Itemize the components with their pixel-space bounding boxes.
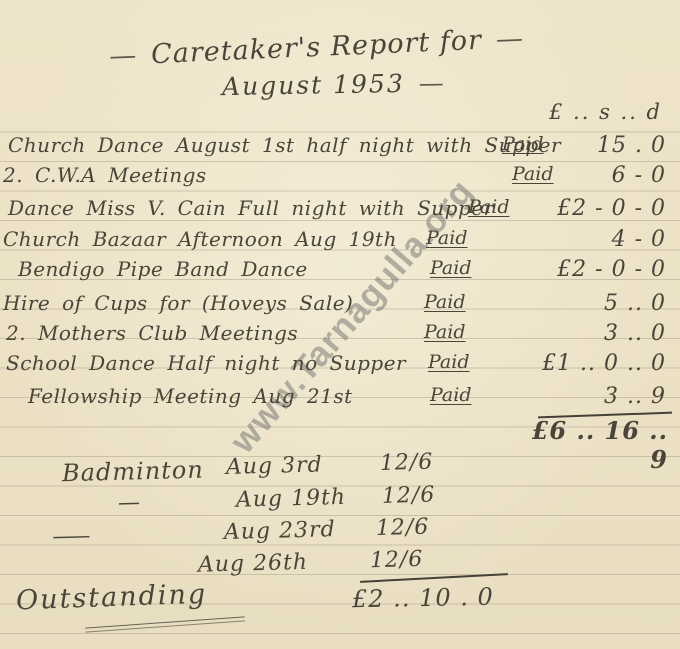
entry-description: Bendigo Pipe Band Dance (18, 257, 308, 281)
entry-description: 2. C.W.A Meetings (3, 163, 207, 187)
entry-description: School Dance Half night no Supper (6, 351, 406, 375)
title-flourish-right: — (481, 22, 538, 55)
ledger-row: 2. Mothers Club Meetings Paid 3 .. 0 (0, 321, 680, 351)
badminton-date: Aug 3rd (226, 452, 323, 480)
currency-column-header: £ .. s .. d (549, 100, 662, 124)
entry-amount: 15 . 0 (534, 133, 666, 158)
title-date-flourish: — (404, 68, 459, 98)
entry-amount: £2 - 0 - 0 (534, 196, 666, 221)
paid-status: Paid (468, 196, 510, 218)
outstanding-label: Outstanding (16, 579, 208, 617)
badminton-amount: 12/6 (380, 450, 434, 476)
paid-status: Paid (424, 291, 466, 313)
ledger-row: Church Dance August 1st half night with … (0, 133, 680, 163)
ditto-mark: — (118, 490, 145, 516)
badminton-date: Aug 26th (198, 550, 309, 578)
ledger-row: Bendigo Pipe Band Dance Paid £2 - 0 - 0 (0, 257, 680, 287)
entry-amount: 3 .. 0 (534, 321, 666, 346)
badminton-amount: 12/6 (376, 515, 430, 541)
ledger-row: Church Bazaar Afternoon Aug 19th Paid 4 … (0, 227, 680, 257)
paid-status: Paid (430, 384, 472, 406)
badminton-date: Aug 19th (236, 485, 347, 513)
ledger-row: 2. C.W.A Meetings Paid 6 - 0 (0, 163, 680, 193)
entry-description: 2. Mothers Club Meetings (6, 321, 298, 345)
ledger-row: Hire of Cups for (Hoveys Sale) Paid 5 ..… (0, 291, 680, 321)
entry-description: Church Dance August 1st half night with … (8, 133, 561, 157)
badminton-amount: 12/6 (370, 547, 424, 573)
title-flourish-left: — (95, 39, 152, 72)
paid-status: Paid (430, 257, 472, 279)
entry-description: Dance Miss V. Cain Full night with Suppe… (8, 196, 494, 220)
outstanding-flourish (85, 616, 245, 632)
paid-status: Paid (424, 321, 466, 343)
entry-amount: £2 - 0 - 0 (534, 257, 666, 282)
title-date-text: August 1953 (222, 69, 405, 101)
page-title-text: Caretaker's Report for (150, 25, 482, 70)
badminton-label: Badminton (62, 456, 204, 488)
entry-amount: 5 .. 0 (534, 291, 666, 316)
ditto-mark: — (51, 523, 98, 549)
entry-description: Hire of Cups for (Hoveys Sale) (3, 291, 353, 315)
page-title-line1: —Caretaker's Report for— (95, 22, 539, 72)
entry-amount: £1 .. 0 .. 0 (534, 351, 666, 376)
ledger-row: School Dance Half night no Supper Paid £… (0, 351, 680, 381)
paid-status: Paid (428, 351, 470, 373)
paid-status: Paid (426, 227, 468, 249)
badminton-amount: 12/6 (382, 483, 436, 509)
outstanding-amount: £2 .. 10 . 0 (352, 583, 494, 613)
page-title-line2: August 1953— (222, 68, 460, 101)
paper-sheet: www.Tarnagulla.org —Caretaker's Report f… (0, 0, 680, 649)
badminton-date: Aug 23rd (224, 517, 336, 545)
entry-amount: 6 - 0 (534, 163, 666, 188)
entry-description: Church Bazaar Afternoon Aug 19th (3, 227, 397, 251)
entry-description: Fellowship Meeting Aug 21st (28, 384, 353, 408)
entry-amount: 4 - 0 (534, 227, 666, 252)
ledger-row: Fellowship Meeting Aug 21st Paid 3 .. 9 (0, 384, 680, 414)
entry-amount: 3 .. 9 (534, 384, 666, 409)
ledger-row: Dance Miss V. Cain Full night with Suppe… (0, 196, 680, 226)
